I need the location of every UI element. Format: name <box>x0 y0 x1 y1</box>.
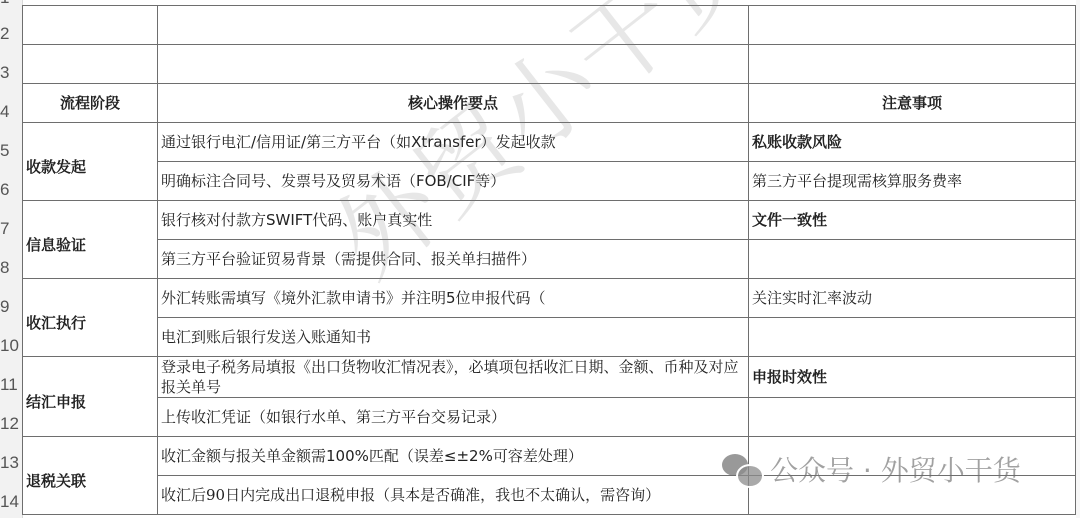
table-row: 结汇申报 登录电子税务局填报《出口货物收汇情况表》，必填项包括收汇日期、金额、币… <box>23 357 1076 398</box>
table-row: 收汇后90日内完成出口退税申报（具本是否确准，我也不太确认，需咨询） <box>23 476 1076 515</box>
operation-cell[interactable]: 收汇金额与报关单金额需100%匹配（误差≤±2%可容差处理） <box>158 437 749 476</box>
operation-cell[interactable]: 电汇到账后银行发送入账通知书 <box>158 318 749 357</box>
table-row-empty <box>23 45 1076 84</box>
row-number[interactable]: 2 <box>0 24 20 44</box>
header-notes[interactable]: 注意事项 <box>749 84 1076 123</box>
cell[interactable] <box>749 6 1076 45</box>
row-number[interactable]: 12 <box>0 414 20 434</box>
operation-cell[interactable]: 通过银行电汇/信用证/第三方平台（如Xtransfer）发起收款 <box>158 123 749 162</box>
row-number[interactable]: 11 <box>0 375 20 395</box>
row-number[interactable]: 4 <box>0 102 20 122</box>
table-row: 收汇执行 外汇转账需填写《境外汇款申请书》并注明5位申报代码（ 关注实时汇率波动 <box>23 279 1076 318</box>
note-cell[interactable] <box>749 318 1076 357</box>
note-cell[interactable]: 私账收款风险 <box>749 123 1076 162</box>
header-operation[interactable]: 核心操作要点 <box>158 84 749 123</box>
table-row: 退税关联 收汇金额与报关单金额需100%匹配（误差≤±2%可容差处理） <box>23 437 1076 476</box>
stage-cell[interactable]: 退税关联 <box>23 437 158 515</box>
operation-cell[interactable]: 明确标注合同号、发票号及贸易术语（FOB/CIF等） <box>158 162 749 201</box>
cell[interactable] <box>23 45 158 84</box>
row-number[interactable]: 9 <box>0 297 20 317</box>
table-row: 收款发起 通过银行电汇/信用证/第三方平台（如Xtransfer）发起收款 私账… <box>23 123 1076 162</box>
row-number[interactable]: 7 <box>0 219 20 239</box>
table-row: 电汇到账后银行发送入账通知书 <box>23 318 1076 357</box>
note-cell[interactable]: 文件一致性 <box>749 201 1076 240</box>
operation-cell[interactable]: 上传收汇凭证（如银行水单、第三方平台交易记录） <box>158 398 749 437</box>
row-header-gutter: 1 2 3 4 5 6 7 8 9 10 11 12 13 14 <box>0 0 23 518</box>
row-number[interactable]: 3 <box>0 63 20 83</box>
operation-cell[interactable]: 收汇后90日内完成出口退税申报（具本是否确准，我也不太确认，需咨询） <box>158 476 749 515</box>
cell[interactable] <box>749 45 1076 84</box>
note-cell[interactable] <box>749 476 1076 515</box>
note-cell[interactable]: 关注实时汇率波动 <box>749 279 1076 318</box>
operation-cell[interactable]: 登录电子税务局填报《出口货物收汇情况表》，必填项包括收汇日期、金额、币种及对应报… <box>158 357 749 398</box>
row-number[interactable]: 1 <box>0 0 20 8</box>
table-row: 第三方平台验证贸易背景（需提供合同、报关单扫描件） <box>23 240 1076 279</box>
stage-cell[interactable]: 结汇申报 <box>23 357 158 437</box>
table-row: 信息验证 银行核对付款方SWIFT代码、账户真实性 文件一致性 <box>23 201 1076 240</box>
spreadsheet-table: 流程阶段 核心操作要点 注意事项 收款发起 通过银行电汇/信用证/第三方平台（如… <box>22 5 1076 515</box>
row-number[interactable]: 8 <box>0 258 20 278</box>
note-cell[interactable] <box>749 437 1076 476</box>
stage-cell[interactable]: 收汇执行 <box>23 279 158 357</box>
cell[interactable] <box>158 45 749 84</box>
operation-cell[interactable]: 银行核对付款方SWIFT代码、账户真实性 <box>158 201 749 240</box>
header-stage[interactable]: 流程阶段 <box>23 84 158 123</box>
row-number[interactable]: 6 <box>0 180 20 200</box>
operation-cell[interactable]: 第三方平台验证贸易背景（需提供合同、报关单扫描件） <box>158 240 749 279</box>
table-row: 上传收汇凭证（如银行水单、第三方平台交易记录） <box>23 398 1076 437</box>
row-number[interactable]: 13 <box>0 453 20 473</box>
stage-cell[interactable]: 收款发起 <box>23 123 158 201</box>
stage-cell[interactable]: 信息验证 <box>23 201 158 279</box>
operation-cell[interactable]: 外汇转账需填写《境外汇款申请书》并注明5位申报代码（ <box>158 279 749 318</box>
row-number[interactable]: 14 <box>0 492 20 512</box>
table-header-row: 流程阶段 核心操作要点 注意事项 <box>23 84 1076 123</box>
row-number[interactable]: 10 <box>0 336 20 356</box>
note-cell[interactable]: 第三方平台提现需核算服务费率 <box>749 162 1076 201</box>
cell[interactable] <box>23 6 158 45</box>
row-number[interactable]: 5 <box>0 141 20 161</box>
scroll-edge <box>1076 0 1080 518</box>
note-cell[interactable]: 申报时效性 <box>749 357 1076 398</box>
table-row: 明确标注合同号、发票号及贸易术语（FOB/CIF等） 第三方平台提现需核算服务费… <box>23 162 1076 201</box>
table-row-empty <box>23 6 1076 45</box>
note-cell[interactable] <box>749 398 1076 437</box>
note-cell[interactable] <box>749 240 1076 279</box>
cell[interactable] <box>158 6 749 45</box>
